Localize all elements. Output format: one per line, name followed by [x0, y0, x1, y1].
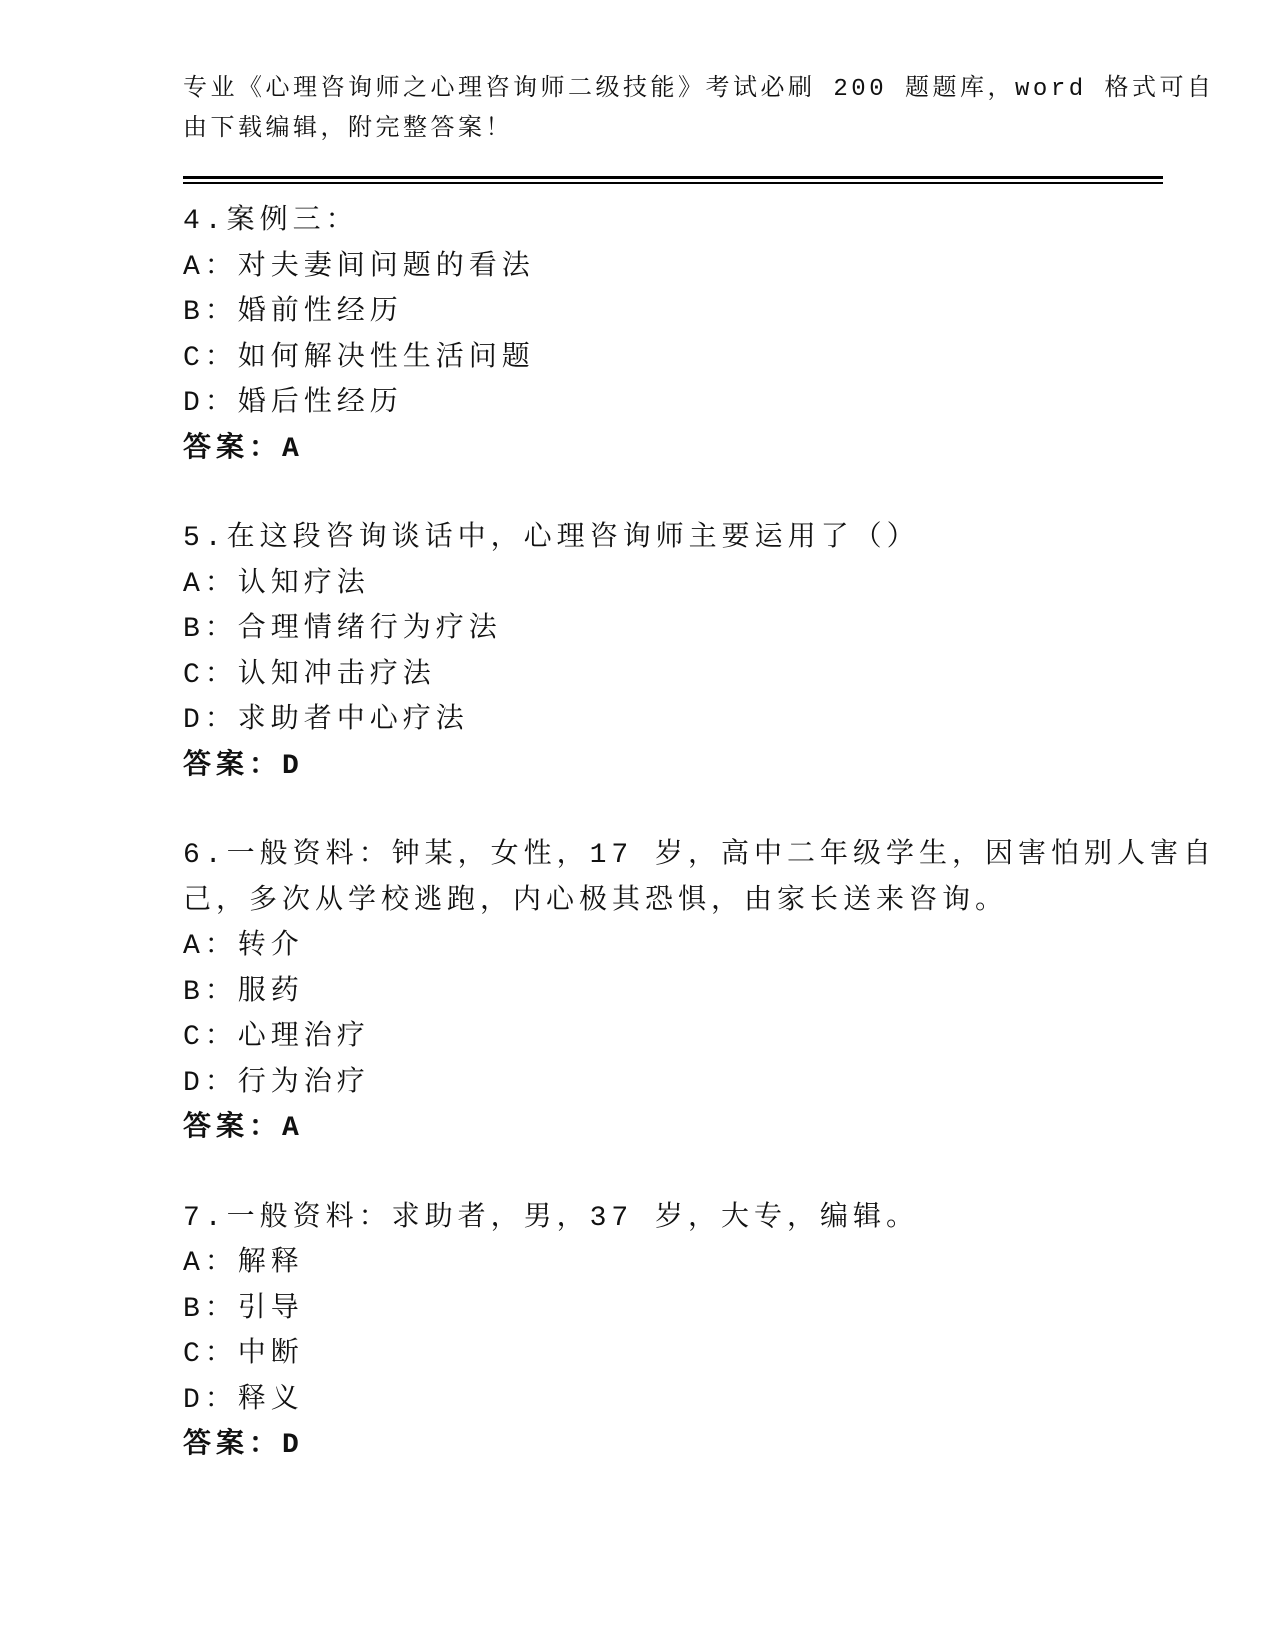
question-block-5: 5.在这段咨询谈话中，心理咨询师主要运用了（） A：认知疗法 B：合理情绪行为疗… [183, 516, 1143, 789]
question-stem-line-2: 己，多次从学校逃跑，内心极其恐惧，由家长送来咨询。 [183, 879, 1143, 925]
question-stem: 5.在这段咨询谈话中，心理咨询师主要运用了（） [183, 516, 1143, 562]
option-d: D：求助者中心疗法 [183, 698, 1143, 744]
document-page: 专业《心理咨询师之心理咨询师二级技能》考试必刷 200 题题库，word 格式可… [0, 0, 1275, 1650]
option-d: D：行为治疗 [183, 1061, 1143, 1107]
option-c: C：认知冲击疗法 [183, 653, 1143, 699]
option-b: B：服药 [183, 970, 1143, 1016]
header-title-line-2: 由下载编辑，附完整答案！ [183, 110, 1163, 150]
question-stem: 4.案例三： [183, 199, 1143, 245]
question-block-6: 6.一般资料：钟某，女性，17 岁，高中二年级学生，因害怕别人害自 己，多次从学… [183, 833, 1143, 1152]
question-block-4: 4.案例三： A：对夫妻间问题的看法 B：婚前性经历 C：如何解决性生活问题 D… [183, 199, 1143, 472]
option-b: B：婚前性经历 [183, 290, 1143, 336]
answer-line: 答案：D [183, 1423, 1143, 1469]
option-a: A：解释 [183, 1241, 1143, 1287]
option-d: D：婚后性经历 [183, 381, 1143, 427]
option-b: B：合理情绪行为疗法 [183, 607, 1143, 653]
question-block-7: 7.一般资料：求助者，男，37 岁，大专，编辑。 A：解释 B：引导 C：中断 … [183, 1196, 1143, 1469]
question-stem-line-1: 6.一般资料：钟某，女性，17 岁，高中二年级学生，因害怕别人害自 [183, 833, 1143, 879]
answer-line: 答案：A [183, 427, 1143, 473]
question-stem: 7.一般资料：求助者，男，37 岁，大专，编辑。 [183, 1196, 1143, 1242]
page-header: 专业《心理咨询师之心理咨询师二级技能》考试必刷 200 题题库，word 格式可… [183, 70, 1163, 150]
header-divider-rule [183, 176, 1163, 184]
option-a: A：对夫妻间问题的看法 [183, 245, 1143, 291]
option-a: A：认知疗法 [183, 562, 1143, 608]
header-title-line-1: 专业《心理咨询师之心理咨询师二级技能》考试必刷 200 题题库，word 格式可… [183, 70, 1163, 110]
answer-line: 答案：A [183, 1106, 1143, 1152]
questions-area: 4.案例三： A：对夫妻间问题的看法 B：婚前性经历 C：如何解决性生活问题 D… [183, 199, 1143, 1469]
option-c: C：中断 [183, 1332, 1143, 1378]
option-a: A：转介 [183, 924, 1143, 970]
option-d: D：释义 [183, 1378, 1143, 1424]
option-c: C：如何解决性生活问题 [183, 336, 1143, 382]
option-b: B：引导 [183, 1287, 1143, 1333]
option-c: C：心理治疗 [183, 1015, 1143, 1061]
answer-line: 答案：D [183, 744, 1143, 790]
